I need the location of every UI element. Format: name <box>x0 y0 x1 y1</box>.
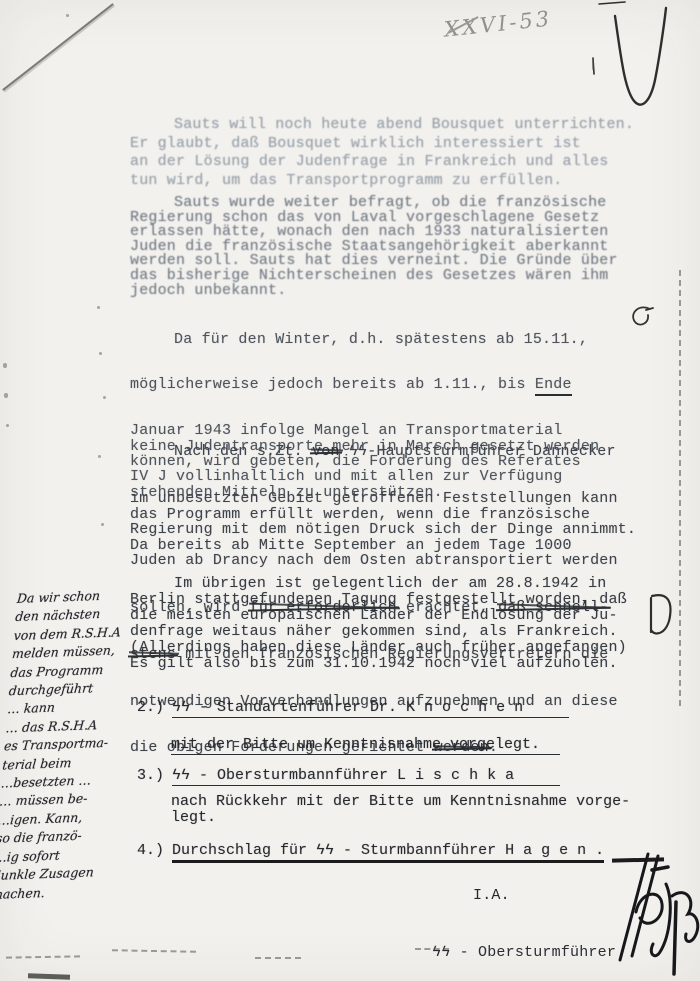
item-number: 4.) <box>137 842 164 863</box>
scan-smudge <box>112 949 196 952</box>
scan-smudge <box>6 955 80 958</box>
scan-speck <box>97 306 100 309</box>
text-run: Nach den s.Zt. <box>174 443 312 460</box>
distribution-item-3-note: nach Rückkehr mit der Bitte um Kenntnisn… <box>171 794 630 826</box>
signature-rank-caption: ϟϟ - Obersturmführer <box>432 944 672 961</box>
scan-speck <box>66 14 69 17</box>
paragraph-3-line-2: möglicherweise jedoch bereits ab 1.11., … <box>130 377 654 392</box>
right-edge-dashed-line <box>679 270 681 706</box>
paragraph-4-middle: im unbesetzten Gebiet getroffenen Festst… <box>130 491 654 569</box>
scan-speck <box>101 523 104 526</box>
scan-speck <box>103 396 106 399</box>
ia-abbreviation: I.A. <box>473 887 533 904</box>
distribution-item-2: 2.) ϟϟ - Standartenführer Dr. K n o c h … <box>137 699 569 718</box>
paragraph-5: Im übrigen ist gelegentlich der am 28.8.… <box>130 576 654 671</box>
scan-speck <box>6 424 9 427</box>
scan-speck <box>4 393 8 398</box>
paragraph-4-line-1: Nach den s.Zt. von ϟϟ-Hauptsturmführer D… <box>130 444 654 460</box>
u-shaped-pen-mark <box>585 0 685 125</box>
item-number: 3.) <box>137 767 164 786</box>
scan-smudge <box>415 948 449 950</box>
scan-smudge <box>255 957 301 959</box>
pencil-corner-stroke <box>2 3 114 91</box>
distribution-item-2-note: mit der Bitte um Kenntnisnahme vorgelegt… <box>171 736 560 755</box>
paragraph-1: Sauts will noch heute abend Bousquet unt… <box>130 116 654 190</box>
scan-edge-mark <box>28 973 70 979</box>
handwritten-margin-notes: Da wir schon den nächsten von dem R.S.H.… <box>0 585 156 904</box>
scan-speck <box>592 60 594 70</box>
item-text-lischka: ϟϟ - Obersturmbannführer L i s c h k a <box>172 767 560 786</box>
distribution-item-4: 4.) Durchschlag für ϟϟ - Sturmbannführer… <box>137 842 604 863</box>
underlined-word-ende: Ende <box>535 376 572 396</box>
item-text-knochen: ϟϟ - Standartenführer Dr. K n o c h e n <box>172 699 569 718</box>
pen-curl-mark <box>626 303 658 335</box>
item-note-text: mit der Bitte um Kenntnisnahme vorgelegt… <box>171 736 560 755</box>
paragraph-3-line-1: Da für den Winter, d.h. spätestens ab 15… <box>130 332 654 347</box>
circled-bracket-mark <box>644 592 674 644</box>
paragraph-2: Sauts wurde weiter befragt, ob die franz… <box>130 196 654 298</box>
item-text-hagen: Durchschlag für ϟϟ - Sturmbannführer H a… <box>172 842 604 863</box>
handwritten-doc-number: XXVI-53 <box>443 6 553 41</box>
text-run: ϟϟ-Hauptsturmführer Dannecker <box>340 443 616 460</box>
text-run: möglicherweise jedoch bereits ab 1.11., … <box>130 376 535 393</box>
scan-speck <box>3 363 7 368</box>
scanned-document-page: XXVI-53 Sauts will noch heute abend Bous… <box>0 0 700 981</box>
scan-speck <box>98 455 101 458</box>
struck-word: von <box>312 443 340 460</box>
scan-speck <box>99 352 102 355</box>
distribution-item-3: 3.) ϟϟ - Obersturmbannführer L i s c h k… <box>137 767 560 786</box>
